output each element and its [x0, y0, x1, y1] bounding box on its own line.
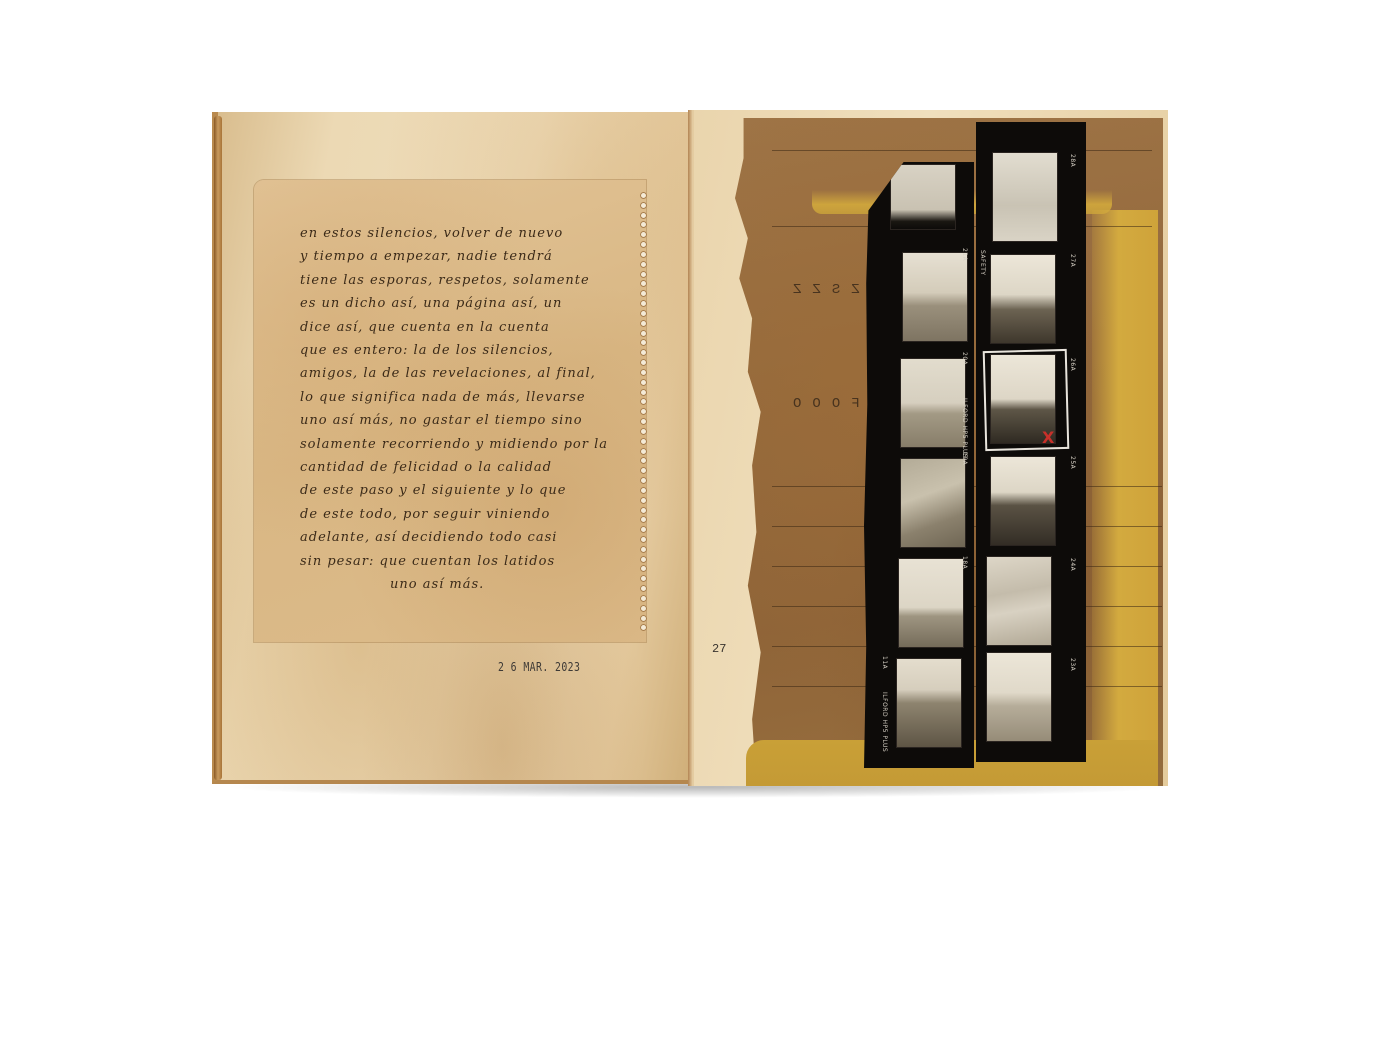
film-stock-label: ILFORD HP5 PLUS [961, 398, 968, 458]
film-frame [898, 558, 964, 648]
perforation-holes [640, 192, 650, 632]
date-stamp: 2 6 MAR. 2023 [498, 660, 580, 674]
film-contact-strip: 21A 20A ILFORD HP5 PLUS 19A 18A 11A ILFO… [864, 122, 1090, 768]
film-frame [900, 358, 966, 448]
film-frame [992, 152, 1058, 242]
left-page: en estos silencios, volver de nuevo y ti… [212, 112, 692, 784]
film-edge-code: 28A [1069, 154, 1076, 167]
note-line: solamente recorriendo y midiendo por la [300, 433, 630, 456]
note-line: de este todo, por seguir viniendo [300, 503, 630, 526]
note-line: en estos silencios, volver de nuevo [300, 222, 630, 245]
film-frame [986, 556, 1052, 646]
film-edge-code: 11A [881, 656, 888, 669]
film-edge-code: 24A [1069, 558, 1076, 571]
note-line: amigos, la de las revelaciones, al final… [300, 362, 630, 385]
film-safety-label: SAFETY [979, 250, 986, 276]
film-frame [990, 254, 1056, 344]
film-column-right: X 28A 27A SAFETY 26A 25A 24A 23A [976, 122, 1086, 762]
film-frame [890, 164, 956, 230]
film-edge-code: 25A [1069, 456, 1076, 469]
note-line: uno así más, no gastar el tiempo sino [300, 409, 630, 432]
note-line: de este paso y el siguiente y lo que [300, 479, 630, 502]
film-edge-code: 20A [961, 352, 968, 365]
note-line: adelante, así decidiendo todo casi [300, 526, 630, 549]
film-edge-code: 18A [961, 556, 968, 569]
film-frame [902, 252, 968, 342]
selected-frame-box [983, 349, 1070, 451]
note-line: sin pesar: que cuentan los latidos [300, 550, 630, 573]
red-x-mark: X [1042, 428, 1054, 447]
film-frame [896, 658, 962, 748]
note-line: tiene las esporas, respetos, solamente [300, 269, 630, 292]
note-line: que es entero: la de los silencios, [300, 339, 630, 362]
film-frame [986, 652, 1052, 742]
film-column-left: 21A 20A ILFORD HP5 PLUS 19A 18A 11A ILFO… [864, 162, 974, 768]
handwritten-text: en estos silencios, volver de nuevo y ti… [300, 222, 630, 597]
note-line: lo que significa nada de más, llevarse [300, 386, 630, 409]
film-edge-code: 26A [1069, 358, 1076, 371]
film-edge-code: 21A [961, 248, 968, 261]
film-edge-code: 23A [1069, 658, 1076, 671]
page-number: 27 [712, 642, 726, 656]
film-edge-code: 19A [961, 452, 968, 465]
yellow-paint-border-right [1092, 210, 1158, 780]
note-line: es un dicho así, una página así, un [300, 292, 630, 315]
open-notebook: en estos silencios, volver de nuevo y ti… [212, 110, 1168, 786]
film-frame [990, 456, 1056, 546]
note-line: y tiempo a empezar, nadie tendrá [300, 245, 630, 268]
page-stack-edge [214, 116, 222, 780]
film-frame [900, 458, 966, 548]
handwritten-note-sheet: en estos silencios, volver de nuevo y ti… [254, 180, 646, 642]
note-line: cantidad de felicidad o la calidad [300, 456, 630, 479]
film-stock-label: ILFORD HP5 PLUS [881, 692, 888, 752]
note-line: uno así más. [300, 573, 630, 596]
note-line: dice así, que cuenta en la cuenta [300, 316, 630, 339]
film-edge-code: 27A [1069, 254, 1076, 267]
